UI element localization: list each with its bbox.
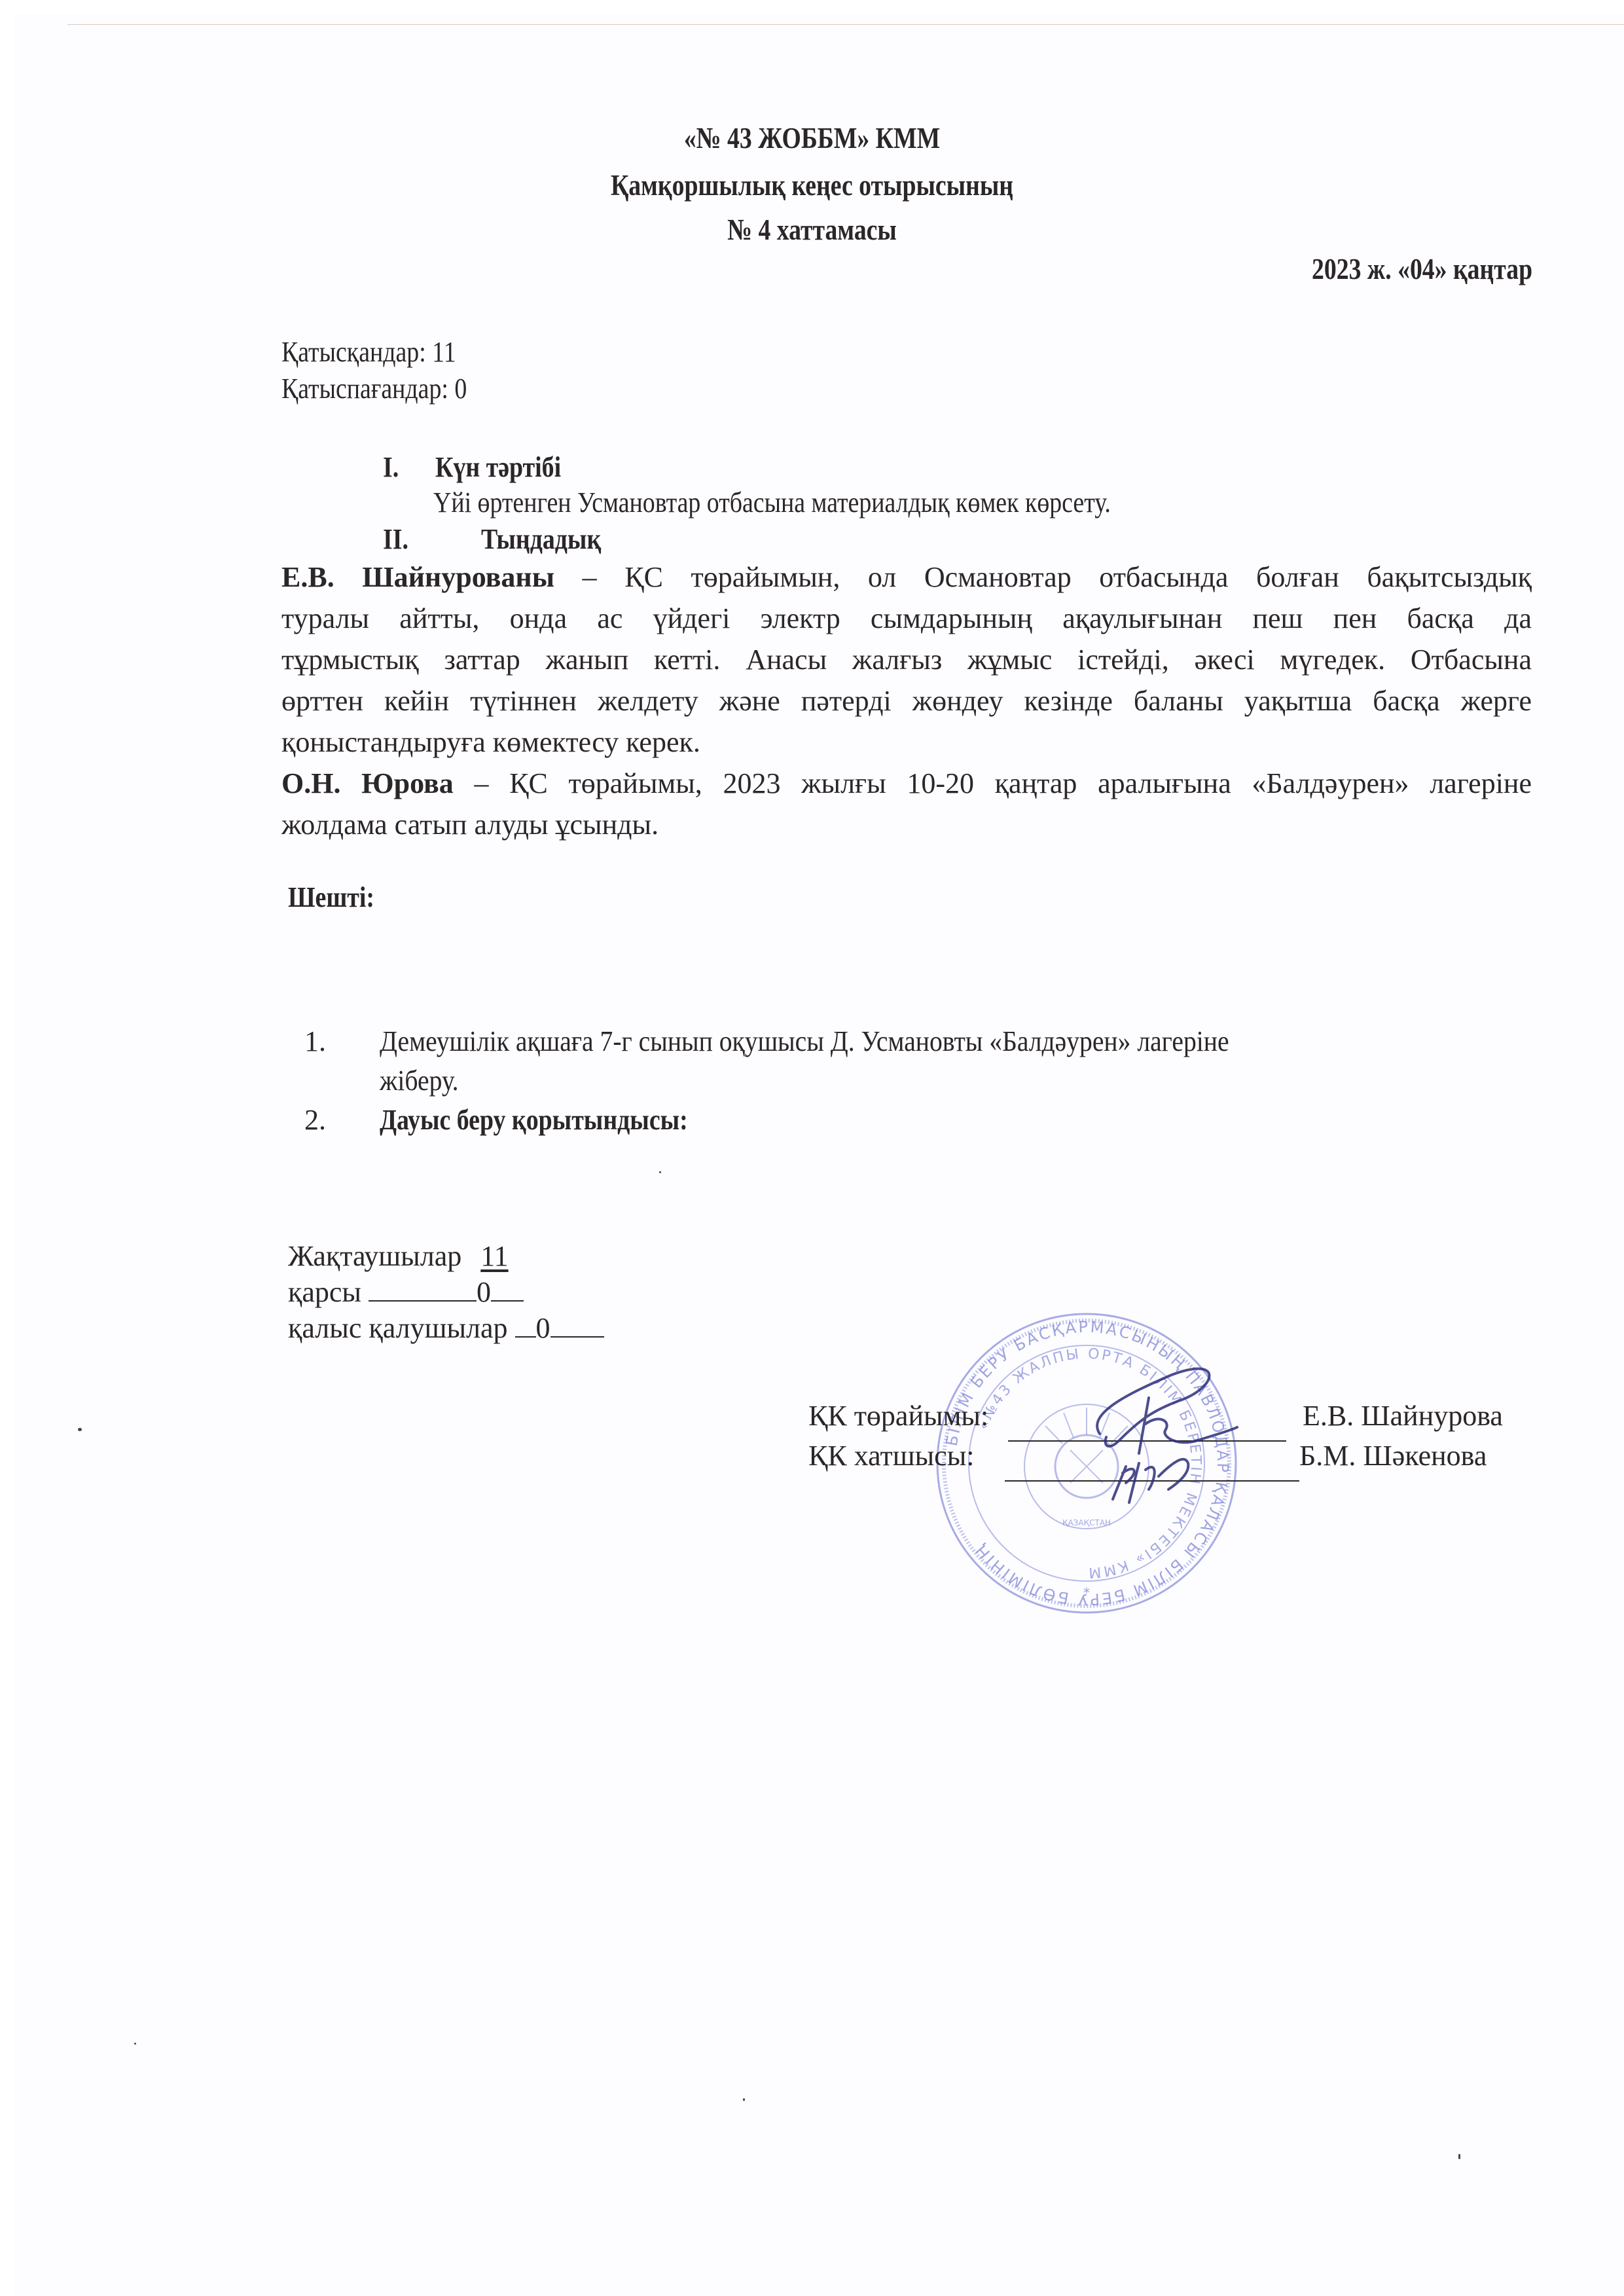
vote-abstain-count: 0 [536,1312,550,1344]
vote-against-count: 0 [477,1276,491,1308]
vote-abstain-label: қалыс қалушылар [288,1312,508,1344]
scan-speck [743,2098,745,2101]
blank-line [550,1311,604,1338]
paragraph-line: тұрмыстық заттар жанып кетті. Анасы жалғ… [281,639,1532,680]
item-number: 1. [304,1025,380,1059]
svg-text:*: * [1083,1585,1090,1601]
vote-against-label: қарсы [288,1276,361,1308]
hearing-paragraph-2: О.Н. Юрова – ҚС төрайымы, 2023 жылғы 10-… [281,763,1532,845]
paragraph-line: өрттен кейін түтіннен желдету және пәтер… [281,680,1532,721]
chair-name: Е.В. Шайнурова [1303,1399,1503,1433]
vote-abstain: қалыс қалушылар 0 [288,1311,604,1345]
scan-speck [659,1171,661,1173]
paragraph-line: жолдама сатып алуды ұсынды. [281,804,1532,845]
blank-line [515,1311,536,1338]
attendance-absent: Қатыспағандар: 0 [281,372,467,406]
org-title: «№ 43 ЖОББМ» КММ [146,121,1477,155]
present-label: Қатысқандар: [281,336,426,368]
item-number: 2. [304,1103,380,1137]
secretary-name: Б.М. Шәкенова [1299,1439,1487,1473]
vote-for-label: Жақтаушылар [288,1240,461,1272]
section-agenda-heading: I.Күн тәртібі [383,450,581,484]
scan-speck [134,2043,136,2045]
paragraph-line: қоныстандыруға көмектесу керек. [281,721,1532,763]
council-title: Қамқоршылық кеңес отырысының [146,168,1477,202]
section-numeral: II. [383,522,467,556]
item-text: Дауыс беру қорытындысы: [380,1103,688,1137]
blank-line [369,1275,477,1302]
page-edge-line [67,24,1624,25]
present-count: 11 [432,336,456,368]
paragraph-line: Е.В. Шайнурованы – ҚС төрайымын, ол Осма… [281,556,1532,598]
section-title: Күн тәртібі [435,450,561,484]
vote-for: Жақтаушылар 11 [288,1239,509,1273]
hearing-paragraph-1: Е.В. Шайнурованы – ҚС төрайымын, ол Осма… [281,556,1532,763]
secretary-role: ҚК хатшысы: [808,1440,975,1472]
decision-label: Шешті: [288,881,374,915]
scan-speck [1458,2154,1460,2159]
agenda-text: Үйі өртенген Усмановтар отбасына материа… [433,486,1111,520]
scan-margin-left [0,0,14,2296]
paragraph-line: туралы айтты, онда ас үйдегі электр сымд… [281,598,1532,639]
absent-count: 0 [454,373,467,405]
protocol-title: № 4 хаттамасы [146,213,1477,247]
attendance-present: Қатысқандар: 11 [281,335,456,369]
section-title: Тыңдадық [481,522,601,556]
blank-line [491,1275,524,1302]
svg-text:ҚАЗАҚСТАН: ҚАЗАҚСТАН [1062,1518,1111,1527]
section-numeral: I. [383,450,428,484]
decision-item-1-cont: жіберу. [380,1064,459,1098]
chair-signature-row: ҚК төрайымы: [808,1399,988,1433]
vote-for-count: 11 [480,1240,508,1272]
chair-role: ҚК төрайымы: [808,1400,988,1432]
speaker-name: Е.В. Шайнурованы [281,561,554,593]
item-text: Демеушілік ақшаға 7-г сынып оқушысы Д. У… [380,1025,1229,1059]
scan-speck [78,1428,82,1431]
section-heard-heading: II.Тыңдадық [383,522,621,556]
speaker-name: О.Н. Юрова [281,767,454,799]
handwritten-signature-icon [1074,1349,1244,1519]
document-date: 2023 ж. «04» қаңтар [1312,252,1532,286]
absent-label: Қатыспағандар: [281,373,448,405]
secretary-signature-row: ҚК хатшысы: [808,1439,975,1473]
vote-against: қарсы 0 [288,1275,524,1309]
paragraph-line: О.Н. Юрова – ҚС төрайымы, 2023 жылғы 10-… [281,763,1532,804]
scan-margin-top [0,0,1624,14]
decision-item-1: 1.Демеушілік ақшаға 7-г сынып оқушысы Д.… [304,1025,1324,1059]
decision-item-2: 2.Дауыс беру қорытындысы: [304,1103,738,1137]
